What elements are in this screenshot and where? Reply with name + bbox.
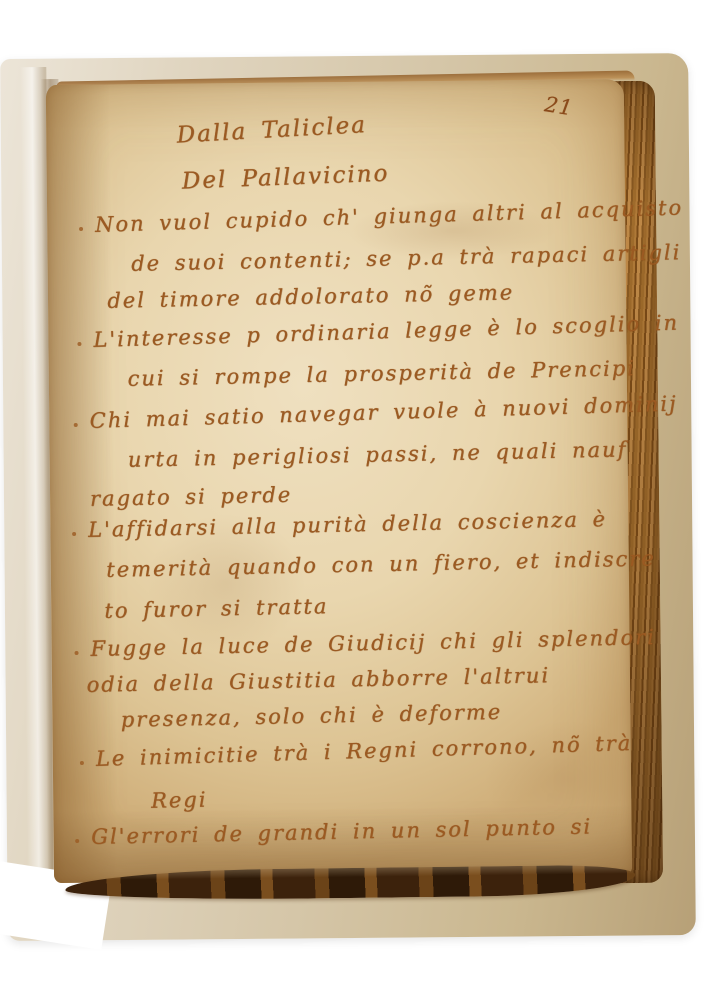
entry-ink-dot bbox=[72, 532, 76, 536]
entry-ink-dot bbox=[80, 761, 84, 765]
manuscript-line-8: Chi mai satio navegar vuole à nuovi domi… bbox=[89, 391, 678, 432]
manuscript-line-4: de suoi contenti; se p.a trà rapaci arti… bbox=[131, 240, 682, 276]
entry-ink-dot bbox=[74, 423, 78, 427]
manuscript-line-2: Del Pallavicino bbox=[181, 161, 389, 195]
manuscript-line-17: Le inimicitie trà i Regni corrono, nõ tr… bbox=[96, 731, 633, 771]
manuscript-line-14: Fugge la luce de Giudicij chi gli splend… bbox=[90, 625, 656, 661]
manuscript-line-12: temerità quando con un fiero, et indiscr… bbox=[106, 546, 656, 582]
manuscript-line-19: Gl'errori de grandi in un sol punto si bbox=[91, 814, 592, 848]
entry-ink-dot bbox=[75, 839, 79, 843]
manuscript-line-1: Dalla Taliclea bbox=[176, 112, 368, 149]
manuscript-line-3: Non vuol cupido ch' giunga altri al acqu… bbox=[95, 195, 684, 236]
handwritten-text: Dalla TalicleaDel PallavicinoNon vuol cu… bbox=[0, 0, 708, 1000]
manuscript-line-13: to furor si tratta bbox=[104, 594, 328, 623]
manuscript-line-7: cui si rompe la prosperità de Prencipi bbox=[127, 356, 636, 391]
manuscript-line-18: Regi bbox=[151, 788, 208, 813]
entry-ink-dot bbox=[77, 342, 81, 346]
manuscript-line-9: urta in perigliosi passi, ne quali nauf bbox=[128, 437, 628, 471]
manuscript-book: 21 Dalla TalicleaDel PallavicinoNon vuol… bbox=[0, 0, 708, 1000]
manuscript-line-16: presenza, solo chi è deforme bbox=[121, 700, 503, 732]
entry-ink-dot bbox=[75, 651, 79, 655]
manuscript-line-15: odia della Giustitia abborre l'altrui bbox=[86, 663, 550, 697]
manuscript-line-10: ragato si perde bbox=[90, 483, 293, 511]
manuscript-line-6: L'interesse p ordinaria legge è lo scogl… bbox=[93, 311, 679, 352]
manuscript-line-5: del timore addolorato nõ geme bbox=[107, 280, 514, 313]
manuscript-line-11: L'affidarsi alla purità della coscienza … bbox=[88, 507, 607, 542]
photo-background: 21 Dalla TalicleaDel PallavicinoNon vuol… bbox=[0, 0, 708, 1000]
entry-ink-dot bbox=[79, 227, 83, 231]
